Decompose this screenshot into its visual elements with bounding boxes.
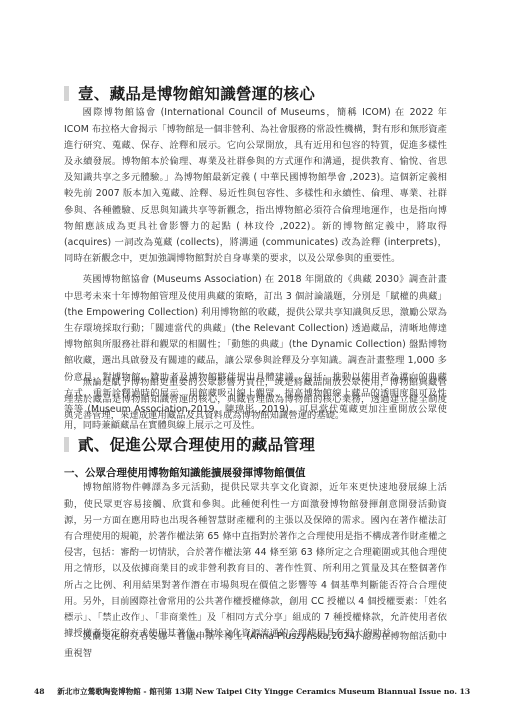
section-heading-1-text: 壹、藏品是博物館知識營運的核心: [78, 82, 315, 104]
paragraph-pluszynska: 波蘭文化研究者安娜・普盧申斯卡博士 (Anna Pluszyńska,2024)…: [64, 629, 447, 661]
footer-publication-title: 新北市立鶯歌陶瓷博物館 - 館刊第 13期 New Taipei City Yi…: [57, 687, 470, 696]
subsection-heading: 一、公眾合理使用博物館知識能擴展發揮博物館價值: [64, 465, 306, 480]
heading-marker-bar: [64, 437, 69, 452]
page-footer: 48 新北市立鶯歌陶瓷博物館 - 館刊第 13期 New Taipei City…: [34, 686, 470, 697]
page-number: 48: [34, 687, 45, 696]
section-heading-1: 壹、藏品是博物館知識營運的核心: [64, 82, 315, 104]
paragraph-collection-management: 無論是賦予博物館更重要的公眾影響力責任，或是將藏品開放公眾使用，博物館典藏管理基…: [64, 375, 447, 424]
section-heading-2: 貳、促進公眾合理使用的藏品管理: [64, 433, 315, 455]
paragraph-icom-definition: 國際博物館協會 (International Council of Museum…: [64, 105, 447, 267]
paragraph-fair-use: 博物館將物件轉譯為多元活動，提供民眾共享文化資源，近年來更快速地發展線上活動，使…: [64, 480, 447, 642]
section-heading-2-text: 貳、促進公眾合理使用的藏品管理: [78, 433, 315, 455]
heading-marker-bar: [64, 86, 69, 101]
